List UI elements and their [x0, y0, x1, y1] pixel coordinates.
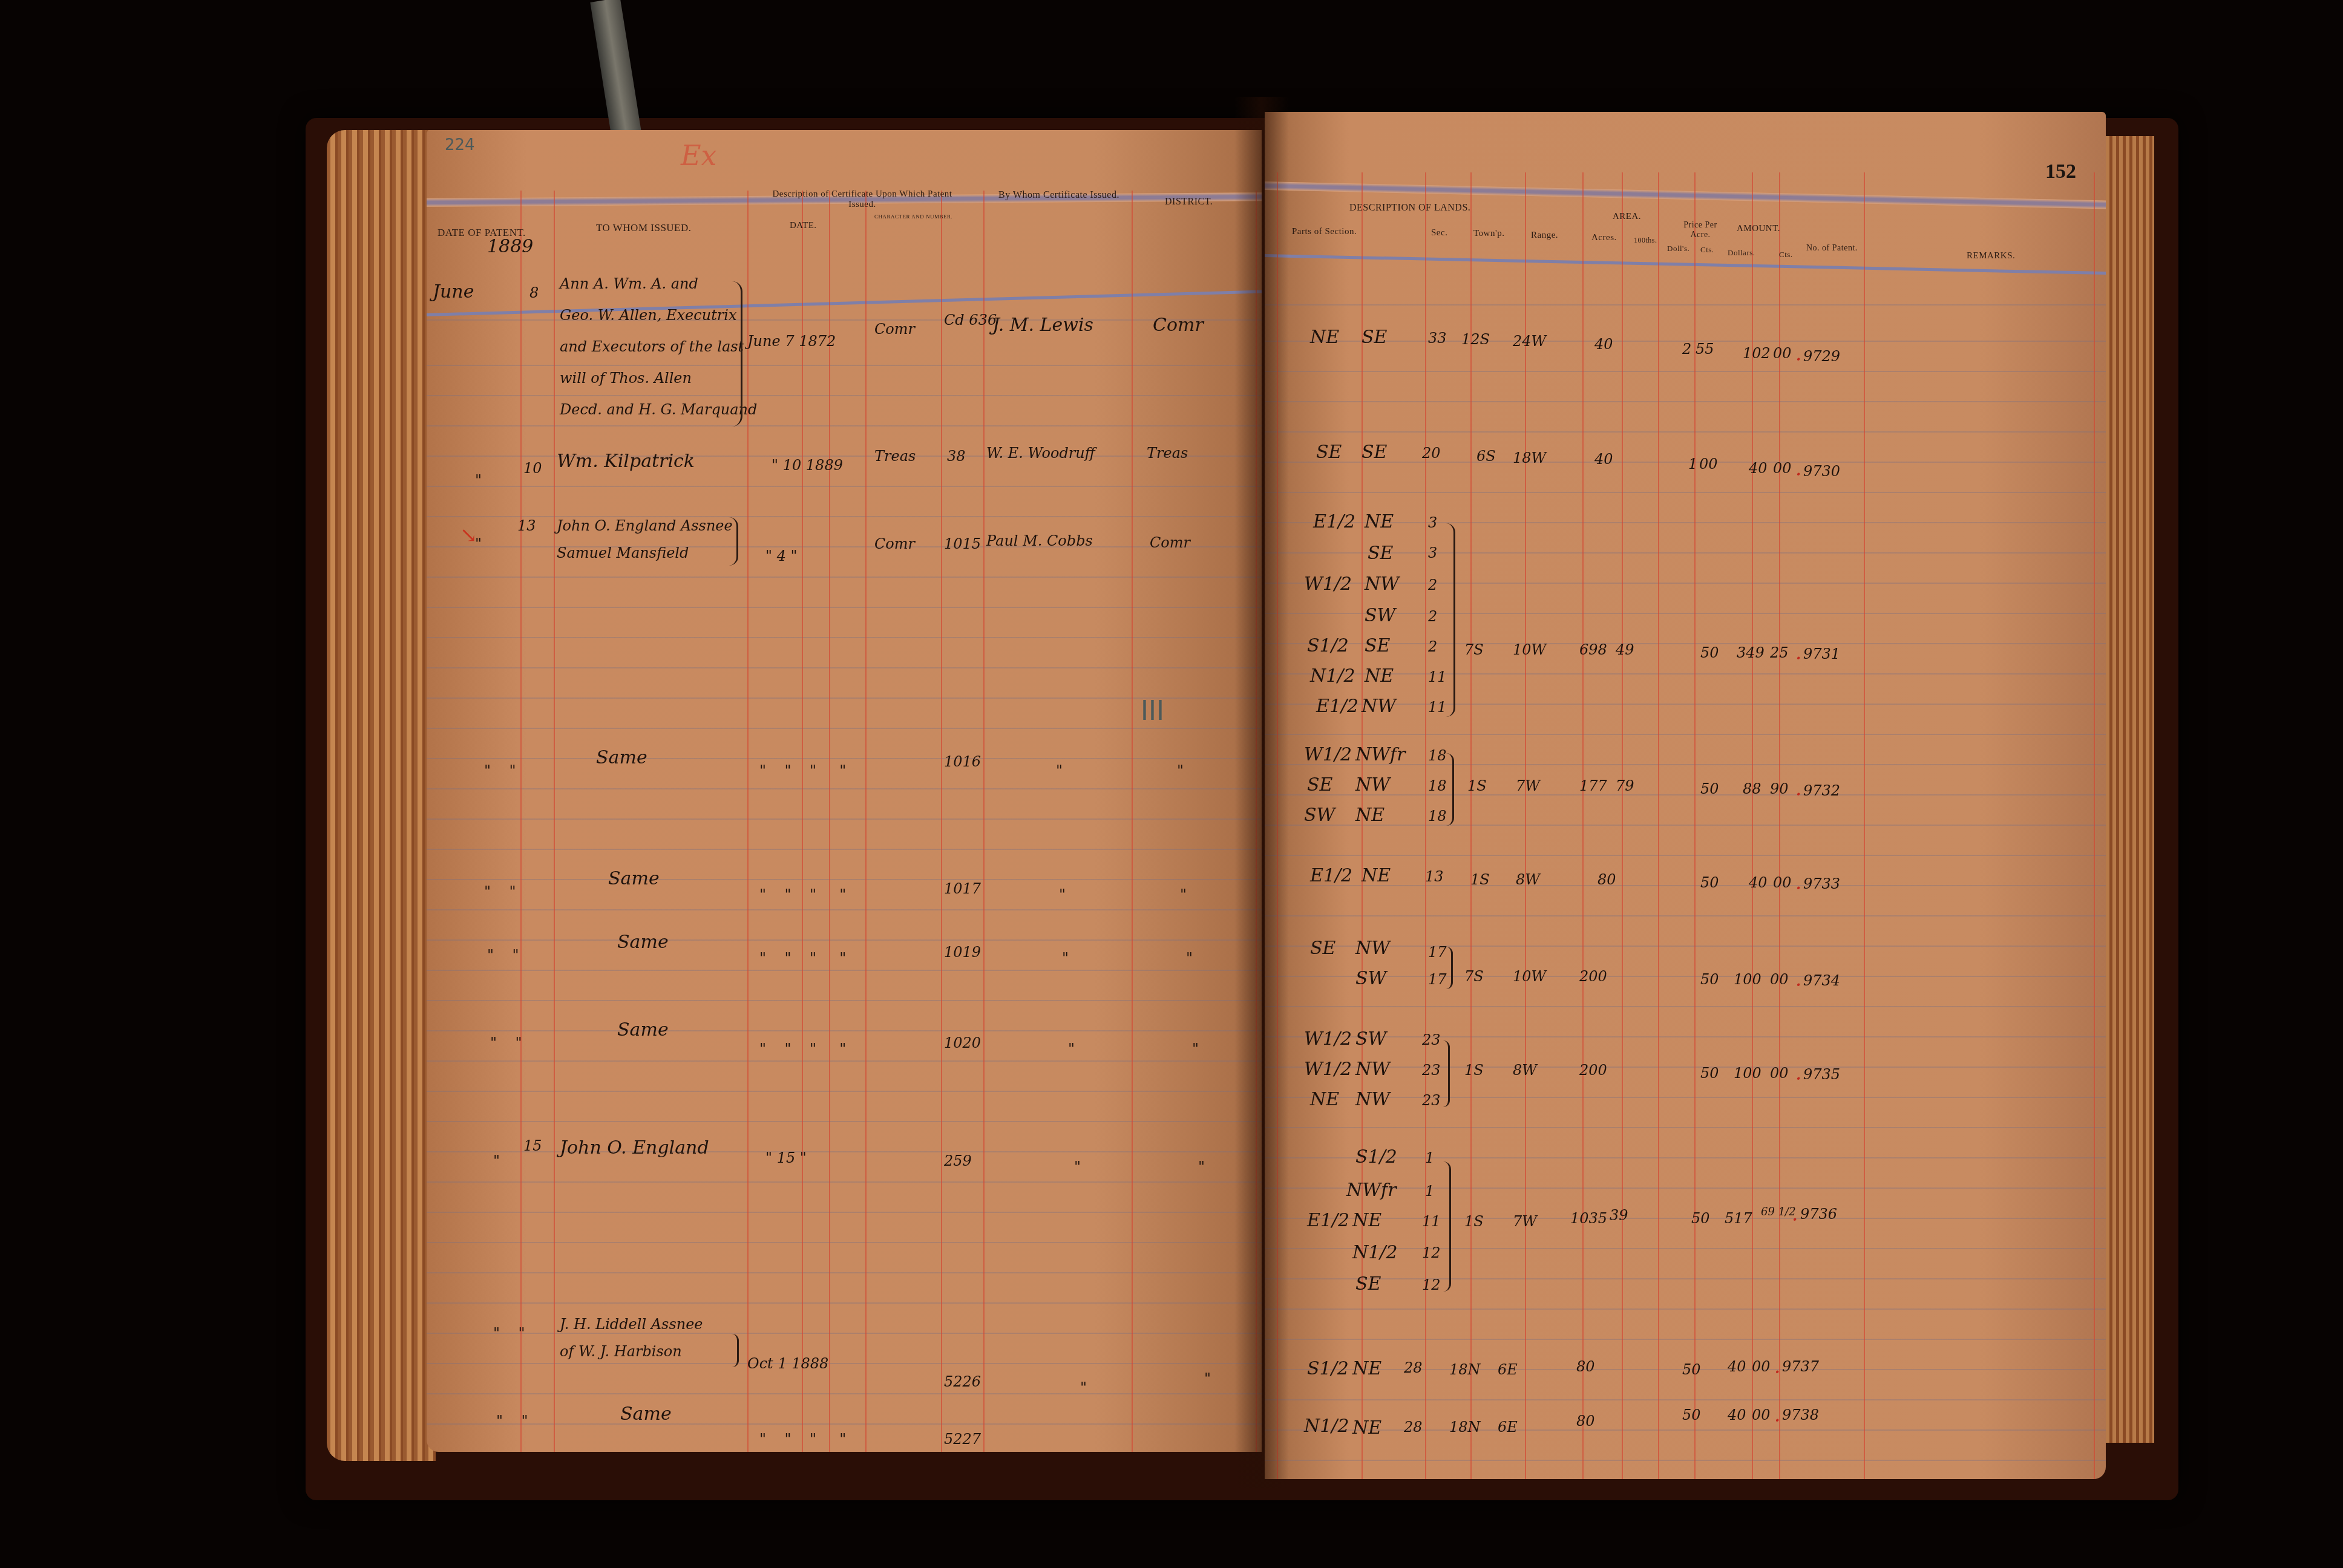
header-to-whom-issued: TO WHOM ISSUED. — [596, 222, 692, 234]
entry-8-day: 15 — [523, 1137, 542, 1154]
pencil-tally: III — [1141, 696, 1164, 727]
entry-3-name-line-1: John O. England Assnee — [557, 517, 733, 534]
entry-9-name-line-1: J. H. Liddell Assnee — [560, 1316, 703, 1333]
entry-5-district: " — [1180, 886, 1187, 903]
entry-1-by-whom: J. M. Lewis — [992, 315, 1093, 336]
header-description-of-lands: DESCRIPTION OF LANDS. — [1349, 203, 1470, 214]
entry-7-district: " — [1192, 1040, 1199, 1057]
entry-6-name: Same — [617, 932, 669, 953]
entry-1-name-line-2: Geo. W. Allen, Executrix — [560, 307, 736, 324]
entry-2-month: " — [475, 472, 482, 489]
entry-6-district: " — [1186, 950, 1193, 967]
header-amount: AMOUNT. — [1737, 224, 1780, 234]
header-township: Town'p. — [1473, 229, 1504, 239]
entry-1-day: 8 — [529, 284, 539, 301]
entry-8-cert-date: " 15 " — [765, 1149, 807, 1166]
entry-5-cert-number: 1017 — [944, 880, 981, 897]
book-spine-gutter — [1234, 97, 1289, 1488]
left-page: 224 Ex DATE OF PATENT. TO WHOM ISSUED. D… — [427, 130, 1262, 1452]
entry-6-by-whom: " — [1062, 950, 1069, 967]
entry-1-cert-number: Cd 636 — [944, 312, 997, 328]
entry-4-by-whom: " — [1056, 762, 1063, 779]
ruled-lines — [427, 318, 1262, 1452]
entry-3-name-line-2: Samuel Mansfield — [557, 544, 689, 561]
entry-4-name: Same — [596, 747, 647, 768]
entry-7-name: Same — [617, 1019, 669, 1040]
entry-6-cert-number: 1019 — [944, 944, 981, 961]
ruled-lines — [1265, 293, 2106, 1479]
entry-3-district: Comr — [1150, 534, 1190, 551]
header-cts: Cts. — [1700, 245, 1714, 255]
entry-4-cert-number: 1016 — [944, 753, 981, 770]
entry-2-cert-date: " 10 1889 — [772, 457, 843, 474]
header-sec: Sec. — [1431, 228, 1447, 238]
header-area: AREA. — [1613, 212, 1641, 222]
entry-1-district: Comr — [1153, 315, 1204, 336]
header-acres: Acres. — [1591, 233, 1617, 243]
entry-3-cert-date: " 4 " — [765, 547, 798, 564]
entry-9-by-whom: " — [1080, 1379, 1087, 1396]
corner-pencil-mark: 224 — [445, 136, 475, 154]
entry-9-cert-number: 5226 — [944, 1373, 981, 1390]
entry-7-by-whom: " — [1068, 1040, 1075, 1057]
entry-2-by-whom: W. E. Woodruff — [986, 445, 1095, 462]
entry-5-name: Same — [608, 868, 660, 889]
header-certificate-description: Description of Certificate Upon Which Pa… — [765, 189, 959, 210]
entry-10-cert-number: 5227 — [944, 1431, 981, 1448]
entry-1-name-line-4: will of Thos. Allen — [560, 370, 692, 387]
page-number: 152 — [2045, 160, 2076, 183]
entry-8-district: " — [1198, 1158, 1205, 1175]
entry-1-brace — [732, 281, 742, 426]
header-dollars: Dollars. — [1728, 248, 1755, 258]
entry-8-cert-number: 259 — [944, 1152, 972, 1169]
entry-3-month: " — [475, 535, 482, 552]
entry-9-name-line-2: of W. J. Harbison — [560, 1343, 682, 1360]
header-amount-cts: Cts. — [1779, 250, 1793, 260]
right-page: 152 DESCRIPTION OF LANDS. Parts of Secti… — [1265, 112, 2106, 1479]
entry-7-cert-number: 1020 — [944, 1034, 981, 1051]
entry-8-by-whom: " — [1074, 1158, 1081, 1175]
header-price-per-acre: Price Per Acre. — [1673, 221, 1728, 240]
entry-1-month: June — [433, 281, 474, 302]
entry-8-month: " — [493, 1152, 500, 1169]
entry-5-by-whom: " — [1059, 886, 1066, 903]
entry-2-district: Treas — [1147, 445, 1188, 462]
entry-3-cert-number: 1015 — [944, 535, 981, 552]
header-dolls: Doll's. — [1667, 244, 1689, 253]
entry-1-name-line-5: Decd. and H. G. Marquand — [560, 401, 757, 418]
year-label: 1889 — [487, 236, 533, 257]
entry-9-brace — [732, 1334, 739, 1367]
left-page-edges — [327, 130, 436, 1461]
right-page-edges — [2103, 136, 2154, 1443]
header-district: DISTRICT. — [1165, 197, 1213, 207]
entry-1-cert-date: June 7 1872 — [747, 333, 836, 350]
entry-2-cert-number: 38 — [947, 448, 966, 465]
entry-1-name-line-1: Ann A. Wm. A. and — [560, 275, 698, 292]
header-by-whom: By Whom Certificate Issued. — [992, 186, 1126, 205]
entry-3-brace — [729, 517, 738, 566]
entry-3-cert-character: Comr — [874, 535, 915, 552]
entry-9-cert-date: Oct 1 1888 — [747, 1355, 828, 1372]
entry-10-name: Same — [620, 1403, 672, 1425]
entry-4-district: " — [1177, 762, 1184, 779]
entry-1-cert-character: Comr — [874, 321, 915, 338]
header-remarks: REMARKS. — [1967, 251, 2015, 261]
header-cert-character: CHARACTER AND NUMBER. — [874, 214, 952, 220]
entry-8-name: John O. England — [560, 1137, 709, 1158]
header-no-of-patent: No. of Patent. — [1806, 244, 1858, 253]
header-cert-date: DATE. — [790, 221, 817, 231]
entry-3-by-whom: Paul M. Cobbs — [986, 532, 1093, 549]
header-range: Range. — [1531, 230, 1558, 241]
entry-1-name-line-3: and Executors of the last — [560, 338, 744, 355]
entry-2-day: 10 — [523, 460, 542, 477]
header-parts-of-section: Parts of Section. — [1292, 227, 1357, 237]
header-bottom-rule — [427, 290, 1262, 316]
entry-9-district: " — [1204, 1370, 1211, 1387]
entry-2-cert-character: Treas — [874, 448, 916, 465]
entry-3-day: 13 — [517, 517, 536, 534]
header-hundredths: 100ths. — [1634, 236, 1657, 245]
red-pencil-scrawl: Ex — [681, 139, 717, 172]
entry-2-name: Wm. Kilpatrick — [557, 451, 695, 472]
